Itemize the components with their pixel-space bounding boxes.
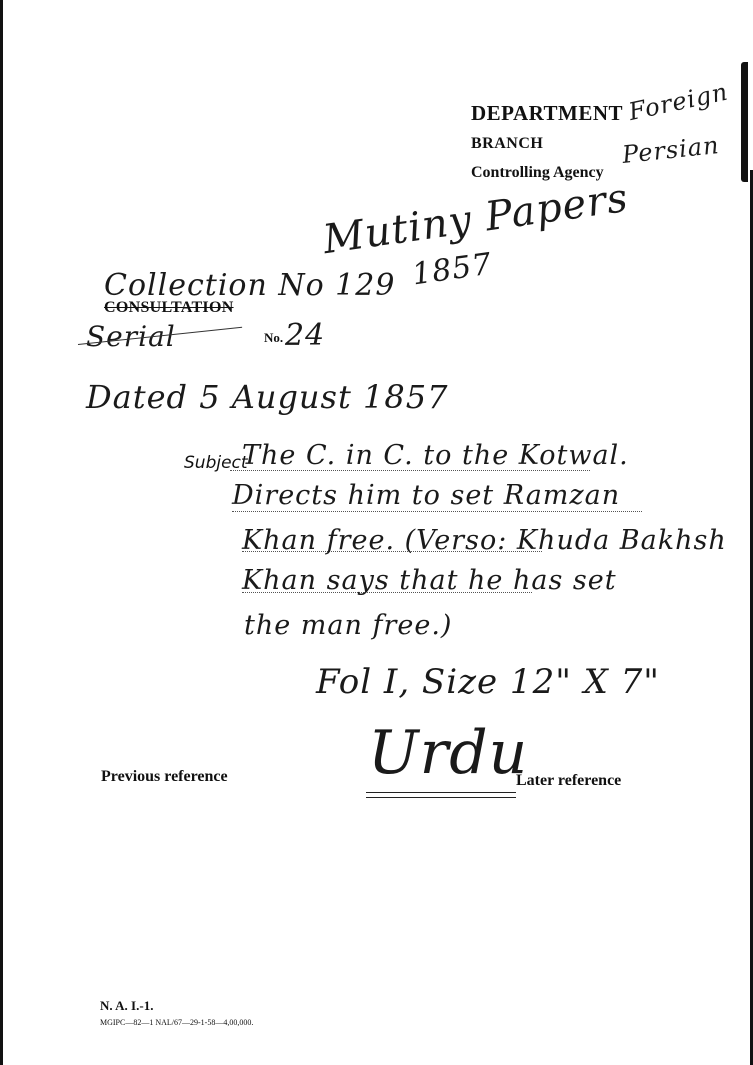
- subject-line-2: Directs him to set Ramzan: [232, 480, 620, 511]
- printer-line: MGIPC—82—1 NAL/67—29-1-58—4,00,000.: [100, 1018, 253, 1027]
- serial-label: Serial: [86, 320, 176, 353]
- folio-size: Fol I, Size 12" X 7": [316, 662, 660, 702]
- subject-line-1: The C. in C. to the Kotwal.: [242, 440, 629, 471]
- consultation-label: CONSULTATION: [104, 299, 234, 317]
- branch-label: BRANCH: [471, 135, 543, 153]
- department-value: Foreign: [626, 78, 731, 126]
- language-annotation: Urdu: [368, 718, 528, 788]
- later-reference-label: Later reference: [516, 772, 621, 790]
- subject-line-5: the man free.): [244, 610, 452, 641]
- subject-line-4: Khan says that he has set: [242, 565, 617, 596]
- language-underline: [366, 797, 516, 798]
- number-label: No.: [264, 330, 283, 346]
- form-code: N. A. I.-1.: [100, 998, 153, 1014]
- number-value: 24: [285, 318, 325, 353]
- page-edge-mark: [741, 62, 748, 182]
- collection-number: Collection No 129: [104, 268, 395, 303]
- language-underline: [366, 792, 516, 793]
- branch-value: Persian: [621, 131, 721, 169]
- controlling-agency-label: Controlling Agency: [471, 164, 604, 182]
- collection-year: 1857: [410, 247, 494, 293]
- department-label: DEPARTMENT: [471, 101, 623, 126]
- dated-line: Dated 5 August 1857: [86, 378, 448, 416]
- page-edge-left: [0, 0, 3, 1065]
- subject-line-3: Khan free. (Verso: Khuda Bakhsh: [242, 525, 727, 556]
- previous-reference-label: Previous reference: [101, 768, 228, 786]
- subject-dotted-line: [232, 511, 642, 512]
